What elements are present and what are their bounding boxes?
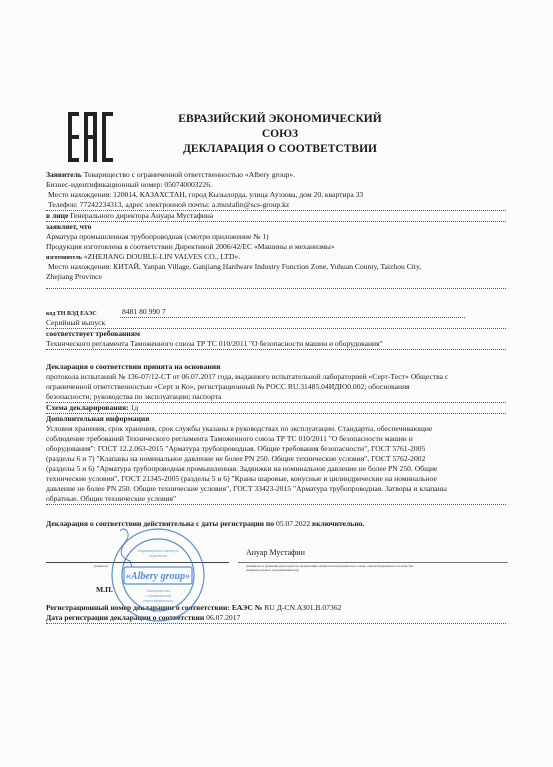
divider [46, 623, 506, 624]
svg-text:с ограниченной: с ограниченной [145, 594, 171, 598]
registration-number-prefix: ЕАЭС № [232, 603, 263, 612]
manufacturer-label: изготовитель [46, 255, 82, 261]
applicant-label: Заявитель [46, 170, 82, 179]
additional-line-7: давление не более PN 250. Общие техничес… [46, 484, 447, 493]
conformity-regulation: Технического регламента Таможенного союз… [46, 339, 383, 348]
divider [46, 349, 506, 350]
represented-line: в лице Генерального директора Ануара Мус… [46, 211, 213, 220]
divider [120, 317, 465, 318]
validity-date: 05.07.2022 [276, 519, 310, 528]
tn-ved-value: 8481 80 990 7 [122, 307, 166, 316]
divider [46, 221, 506, 222]
svg-text:серіктестік: серіктестік [149, 554, 167, 558]
additional-line-3: оборудования": ГОСТ 12.2.063-2015 "Армат… [46, 444, 425, 453]
scheme-line: Схема декларирования: 1д [46, 403, 138, 412]
title-line-1: ЕВРАЗИЙСКИЙ ЭКОНОМИЧЕСКИЙ [130, 112, 430, 127]
manufacturer-address-2: Zhejiang Province [46, 272, 102, 281]
signer-name: Ануар Мустафин [246, 548, 305, 557]
additional-line-8: обратные. Общие технические условия" [46, 494, 176, 503]
signer-name-line [238, 562, 508, 563]
scheme-value: 1д [131, 403, 139, 412]
product-description: Арматура промышленная трубопроводная (см… [46, 232, 269, 241]
basis-label: Декларация о соответствии принята на осн… [46, 362, 221, 371]
signer-caption-2: индивидуального предпринимателя) [246, 568, 299, 572]
eac-logo-icon [68, 112, 114, 162]
applicant-contacts: Телефон: 77242234313, адрес электронной … [48, 200, 289, 209]
divider [46, 504, 506, 505]
stamp-company-name: «Albery group» [126, 571, 190, 582]
signature-caption: (подпись) [94, 564, 108, 568]
represented-by: Генерального директора Ануара Мустафина [70, 211, 213, 220]
registration-number-value: RU Д-CN.АЗ01.В.07362 [264, 603, 341, 612]
production-type: Серийный выпуск [46, 318, 105, 327]
svg-text:Жауапкершілігі шектеулі: Жауапкершілігі шектеулі [138, 549, 179, 553]
manufacturer-address-1: Место нахождения: КИТАЙ, Yanpan Village,… [48, 262, 421, 271]
additional-line-2: соблюдение требований Технического регла… [46, 434, 413, 443]
declaration-page: ЕВРАЗИЙСКИЙ ЭКОНОМИЧЕСКИЙ СОЮЗ ДЕКЛАРАЦИ… [0, 0, 553, 767]
additional-line-6: технические условия", ГОСТ 21345-2005 (р… [46, 474, 437, 483]
additional-line-4: (разделы 6 и 7) "Клапаны на номинальное … [46, 454, 425, 463]
additional-line-1: Условия хранения, срок хранения, срок сл… [46, 424, 432, 433]
divider [46, 288, 506, 289]
title-line-2: СОЮЗ [130, 127, 430, 142]
manufacturer-name: «ZHEJIANG DOUBLE-LIN VALVES CO., LTD». [84, 252, 240, 261]
basis-line-2: ограниченной ответственностью «Серт и Ко… [46, 382, 410, 391]
title-line-3: ДЕКЛАРАЦИЯ О СООТВЕТСТВИИ [130, 142, 430, 157]
basis-line-1: протокола испытаний № 136-07/12-СТ от 06… [46, 372, 448, 381]
additional-line-5: (разделы 5 и 6) "Арматура трубопроводная… [46, 464, 437, 473]
additional-label: Дополнительная информация [46, 414, 149, 423]
registration-date-value: 06.07.2017 [206, 613, 240, 622]
applicant-line: Заявитель Товарищество с ограниченной от… [46, 170, 295, 179]
svg-text:Товарищество: Товарищество [146, 589, 170, 593]
document-title: ЕВРАЗИЙСКИЙ ЭКОНОМИЧЕСКИЙ СОЮЗ ДЕКЛАРАЦИ… [130, 112, 430, 157]
applicant-bin: Бизнес-идентификационный номер: 05074000… [46, 180, 212, 189]
represented-label: в лице [46, 211, 68, 220]
applicant-address: Место нахождения: 120014, КАЗАХСТАН, гор… [48, 190, 363, 199]
basis-line-3: безопасности; руководства по эксплуатаци… [46, 392, 221, 401]
declares-label: заявляет, что [46, 222, 91, 231]
tn-ved-label: код ТН ВЭД ЕАЭС [46, 311, 97, 317]
applicant-name: Товарищество с ограниченной ответственно… [84, 170, 295, 179]
company-stamp: «Albery group» Жауапкершілігі шектеулі с… [110, 527, 206, 623]
conformity-label: соответствует требованиям [46, 329, 140, 338]
validity-suffix: включительно. [312, 519, 364, 528]
product-directive: Продукция изготовлена в соответствии Дир… [46, 242, 335, 251]
scheme-label: Схема декларирования: [46, 403, 129, 412]
svg-text:ответственностью: ответственностью [143, 599, 174, 603]
